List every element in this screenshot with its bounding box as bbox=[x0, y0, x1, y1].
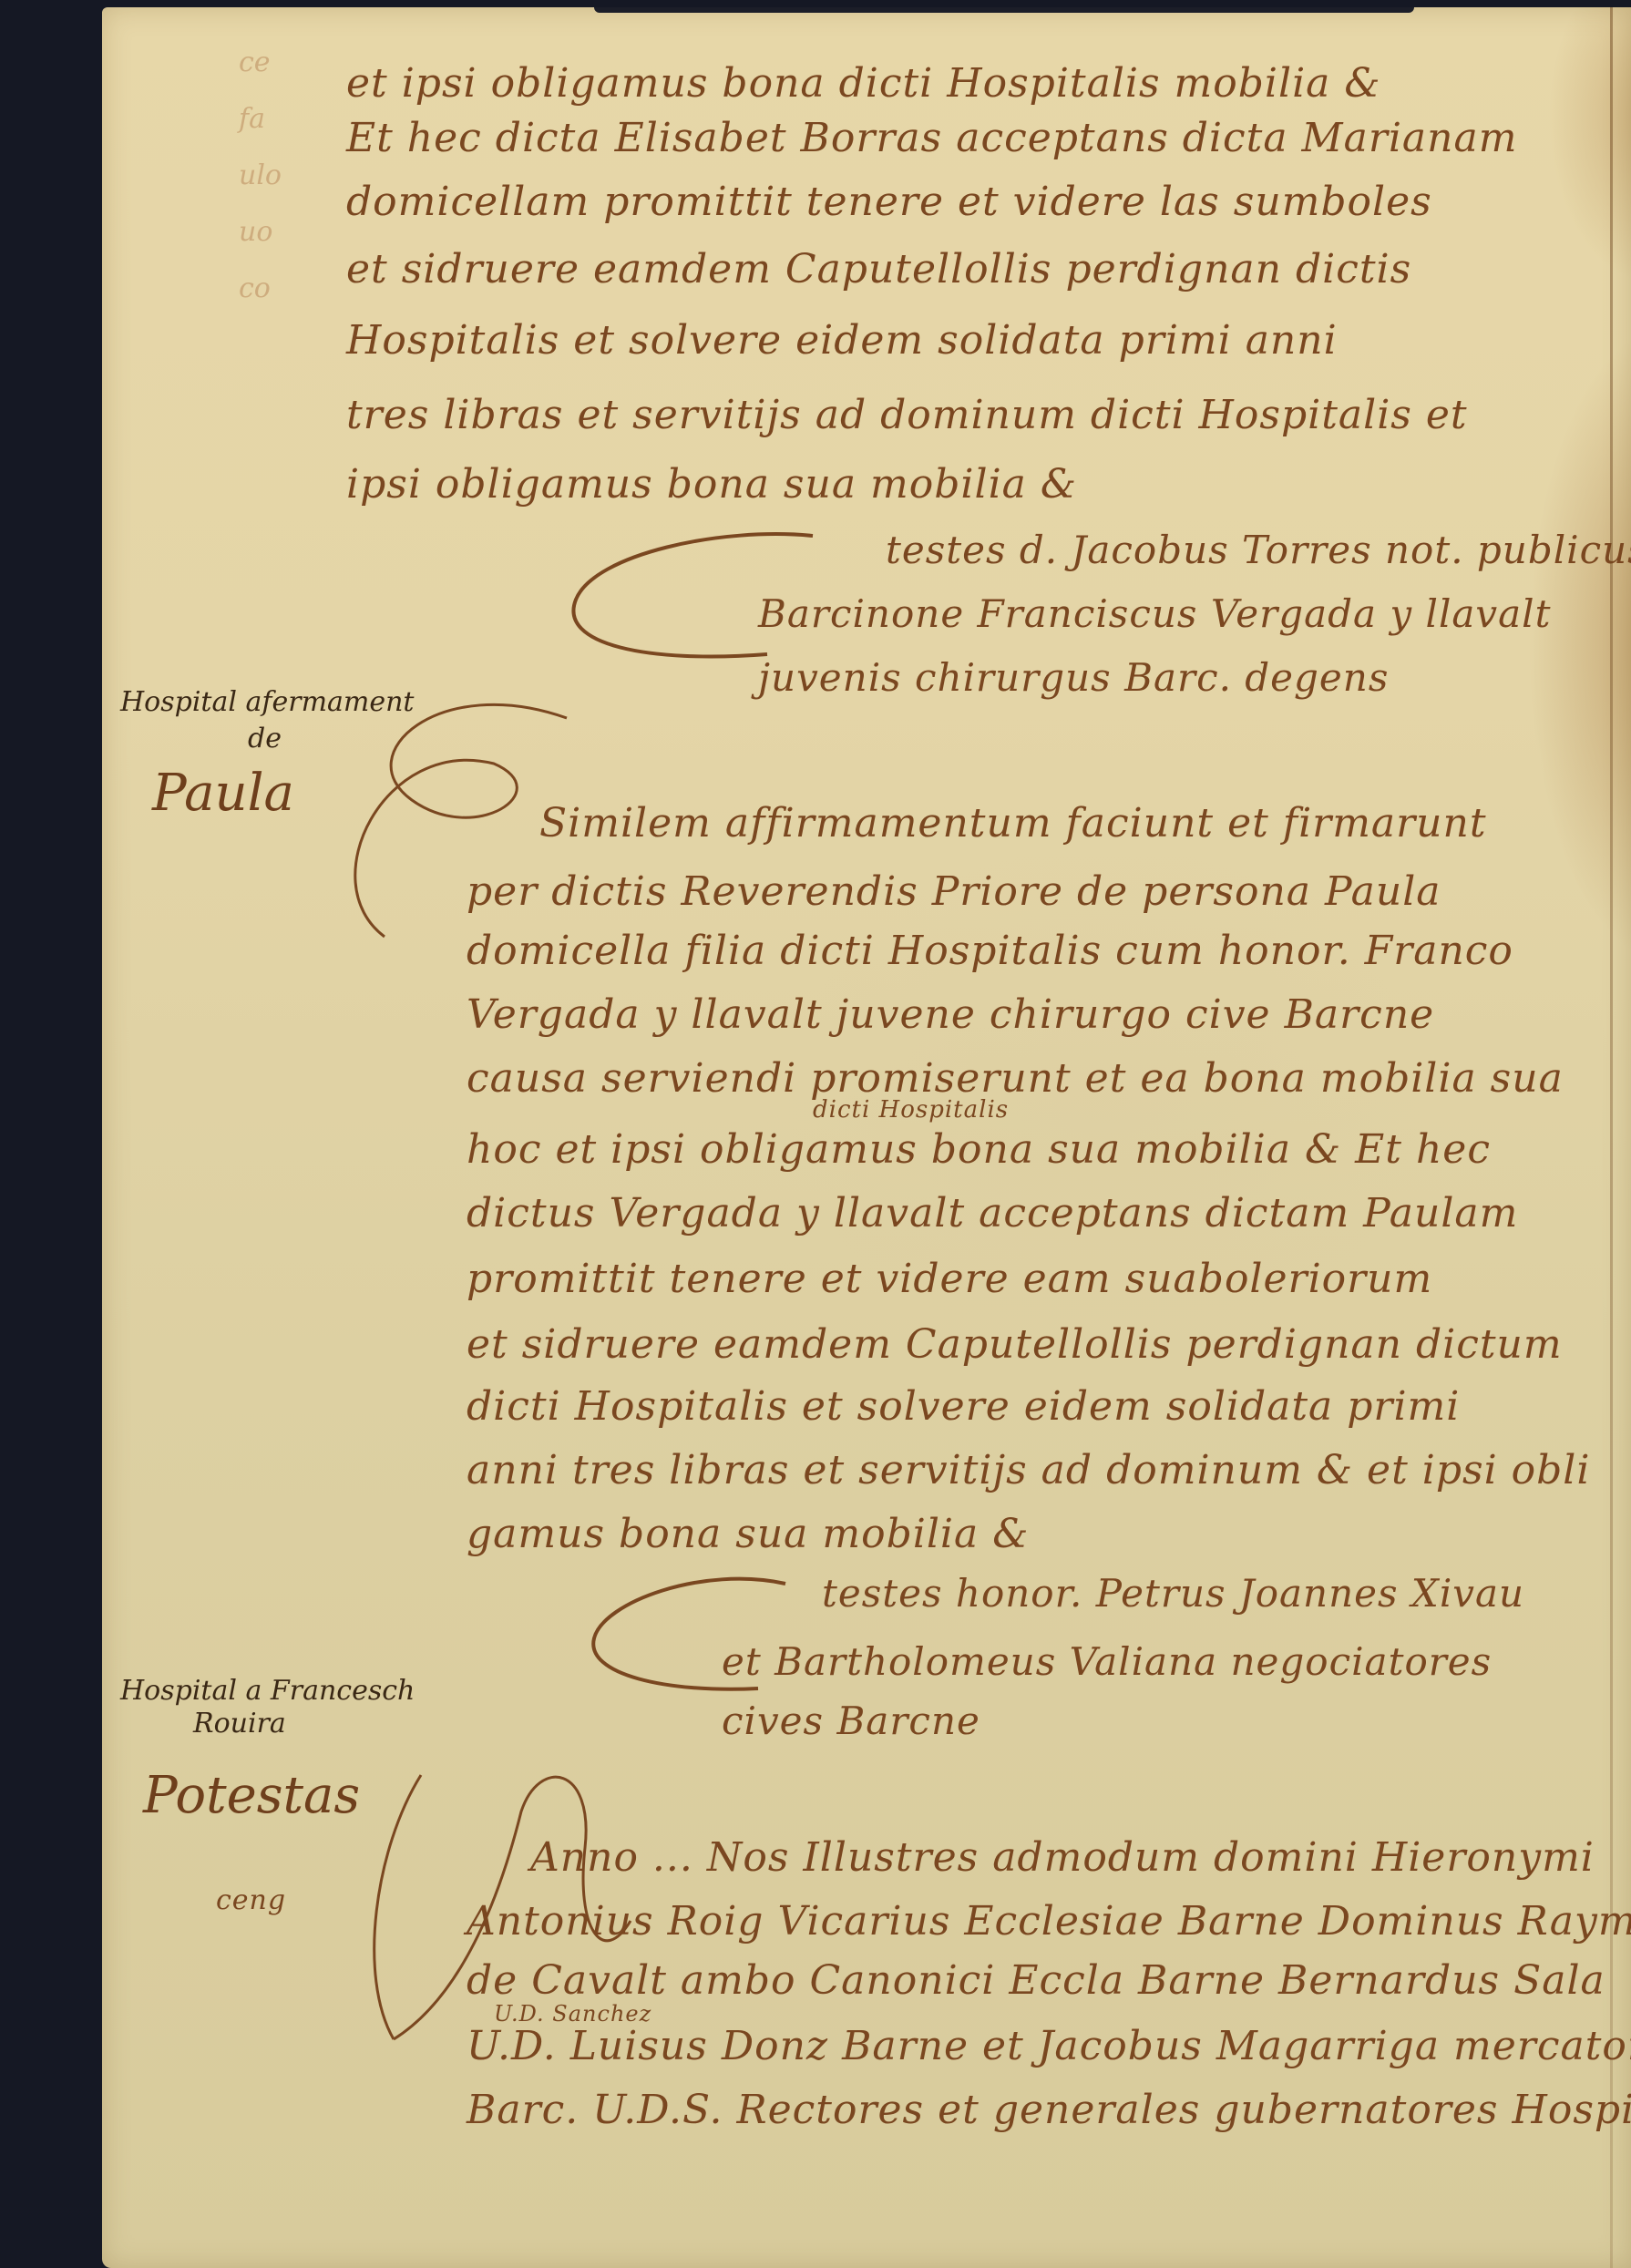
entry2-line-8: promittit tenere et videre eam suaboleri… bbox=[467, 1256, 1432, 1303]
entry2-line-2: per dictis Reverendis Priore de persona … bbox=[467, 868, 1441, 916]
entry2-interlinear: dicti Hospitalis bbox=[813, 1096, 1009, 1124]
entry3-line-4: U.D. Luisus Donz Barne et Jacobus Magarr… bbox=[467, 2023, 1631, 2070]
entry2-margin-name: Paula bbox=[152, 764, 294, 823]
entry3-line-5: Barc. U.D.S. Rectores et generales guber… bbox=[467, 2087, 1631, 2134]
entry2-line-1: Similem affirmamentum faciunt et firmaru… bbox=[539, 800, 1487, 847]
entry2-line-10: dicti Hospitalis et solvere eidem solida… bbox=[467, 1383, 1460, 1431]
entry2-witness-1: testes honor. Petrus Joannes Xivau bbox=[822, 1570, 1524, 1617]
entry2-witness-2: et Bartholomeus Valiana negociatores bbox=[722, 1638, 1492, 1686]
entry3-line-3: de Cavalt ambo Canonici Eccla Barne Bern… bbox=[467, 1957, 1605, 2005]
entry2-witness-3: cives Barcne bbox=[722, 1698, 980, 1745]
entry2-margin-de: de bbox=[248, 723, 282, 755]
entry3-line-2: Antonius Roig Vicarius Ecclesiae Barne D… bbox=[467, 1898, 1631, 1945]
entry1-line-5: Hospitalis et solvere eidem solidata pri… bbox=[346, 317, 1338, 364]
entry1-line-2: Et hec dicta Elisabet Borras acceptans d… bbox=[346, 115, 1517, 162]
entry2-line-7: dictus Vergada y llavalt acceptans dicta… bbox=[467, 1190, 1518, 1237]
entry1-witness-2: Barcinone Franciscus Vergada y llavalt bbox=[758, 590, 1552, 638]
entry1-witness-3: juvenis chirurgus Barc. degens bbox=[758, 654, 1389, 702]
entry2-line-3: domicella filia dicti Hospitalis cum hon… bbox=[467, 928, 1513, 975]
entry3-margin-sub: ceng bbox=[216, 1884, 286, 1916]
entry2-line-6: hoc et ipsi obligamus bona sua mobilia &… bbox=[467, 1126, 1491, 1174]
entry3-margin-name: Potestas bbox=[143, 1766, 360, 1825]
entry1-line-6: tres libras et servitijs ad dominum dict… bbox=[346, 392, 1468, 439]
entry2-line-11: anni tres libras et servitijs ad dominum… bbox=[467, 1447, 1590, 1494]
entry2-line-9: et sidruere eamdem Caputellollis perdign… bbox=[467, 1321, 1563, 1369]
entry3-line-1: Anno ... Nos Illustres admodum domini Hi… bbox=[530, 1834, 1595, 1882]
entry2-line-12: gamus bona sua mobilia & bbox=[467, 1511, 1029, 1558]
entry1-line-7: ipsi obligamus bona sua mobilia & bbox=[346, 461, 1077, 508]
entry1-line-3: domicellam promittit tenere et videre la… bbox=[346, 179, 1432, 226]
entry2-line-4: Vergada y llavalt juvene chirurgo cive B… bbox=[467, 991, 1434, 1039]
entry1-witness-1: testes d. Jacobus Torres not. publicus bbox=[886, 527, 1631, 574]
manuscript-page: ce fa ulo uo co et ipsi obligamus bona d… bbox=[102, 7, 1631, 2268]
entry1-line-4: et sidruere eamdem Caputellollis perdign… bbox=[346, 246, 1411, 293]
entry2-margin-heading: Hospital afermament bbox=[120, 686, 415, 719]
entry3-margin-heading: Hospital a Francesch bbox=[120, 1675, 415, 1708]
page-torn-edge bbox=[594, 7, 1414, 13]
entry3-margin-surname: Rouira bbox=[193, 1708, 286, 1740]
entry2-line-5: causa serviendi promiserunt et ea bona m… bbox=[467, 1055, 1564, 1103]
entry1-line-1: et ipsi obligamus bona dicti Hospitalis … bbox=[346, 60, 1381, 108]
